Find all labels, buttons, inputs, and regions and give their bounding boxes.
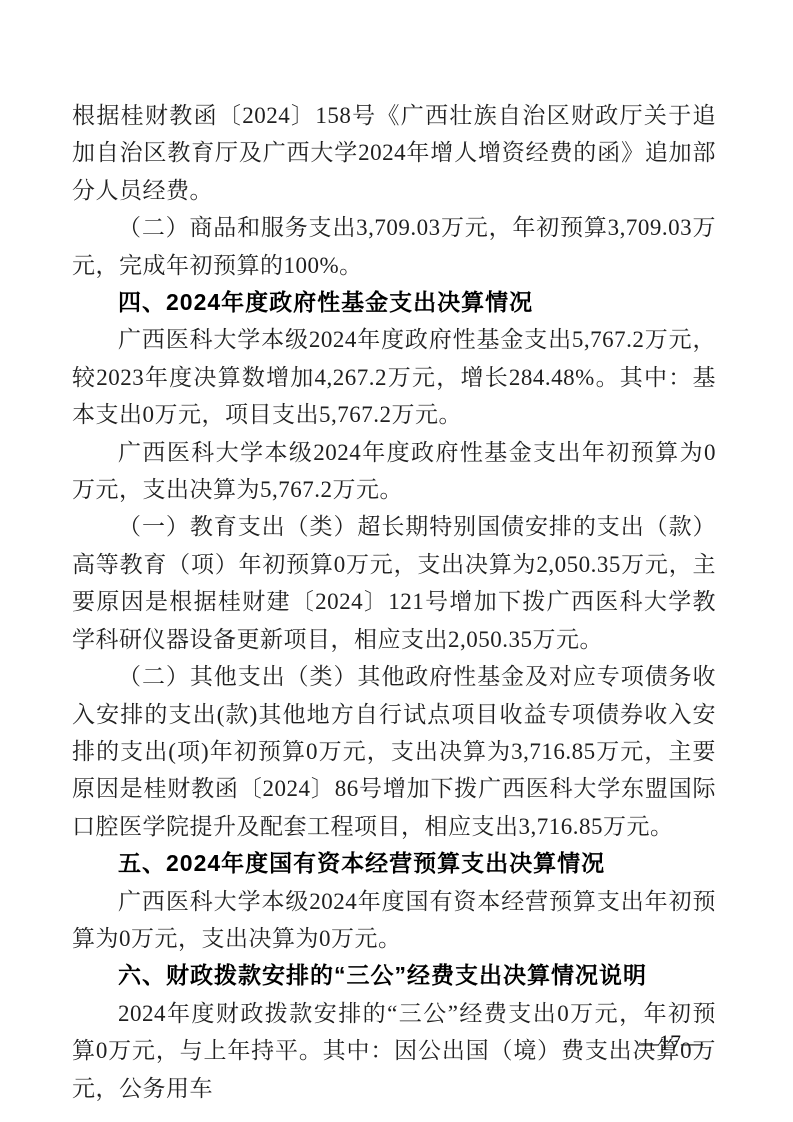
paragraph-education-expense: （一）教育支出（类）超长期特别国债安排的支出（款）高等教育（项）年初预算0万元，… (72, 508, 716, 658)
section-heading-five: 五、2024年度国有资本经营预算支出决算情况 (72, 845, 716, 882)
paragraph-three-public-expense: 2024年度财政拨款安排的“三公”经费支出0万元，年初预算0万元，与上年持平。其… (72, 995, 716, 1107)
section-heading-four: 四、2024年度政府性基金支出决算情况 (72, 284, 716, 321)
paragraph-state-capital: 广西医科大学本级2024年度国有资本经营预算支出年初预算为0万元，支出决算为0万… (72, 883, 716, 958)
page-number: —17— (637, 1031, 703, 1055)
paragraph-govfund-summary: 广西医科大学本级2024年度政府性基金支出5,767.2万元，较2023年度决算… (72, 321, 716, 433)
paragraph-other-expense: （二）其他支出（类）其他政府性基金及对应专项债务收入安排的支出(款)其他地方自行… (72, 658, 716, 845)
section-heading-six: 六、财政拨款安排的“三公”经费支出决算情况说明 (72, 957, 716, 994)
paragraph-govfund-budget: 广西医科大学本级2024年度政府性基金支出年初预算为0万元，支出决算为5,767… (72, 434, 716, 509)
document-body: 根据桂财教函〔2024〕158号《广西壮族自治区财政厅关于追加自治区教育厅及广西… (72, 97, 716, 1107)
paragraph-basis-note: 根据桂财教函〔2024〕158号《广西壮族自治区财政厅关于追加自治区教育厅及广西… (72, 97, 716, 209)
paragraph-goods-services: （二）商品和服务支出3,709.03万元，年初预算3,709.03万元，完成年初… (72, 209, 716, 284)
document-page: 根据桂财教函〔2024〕158号《广西壮族自治区财政厅关于追加自治区教育厅及广西… (0, 0, 793, 1122)
